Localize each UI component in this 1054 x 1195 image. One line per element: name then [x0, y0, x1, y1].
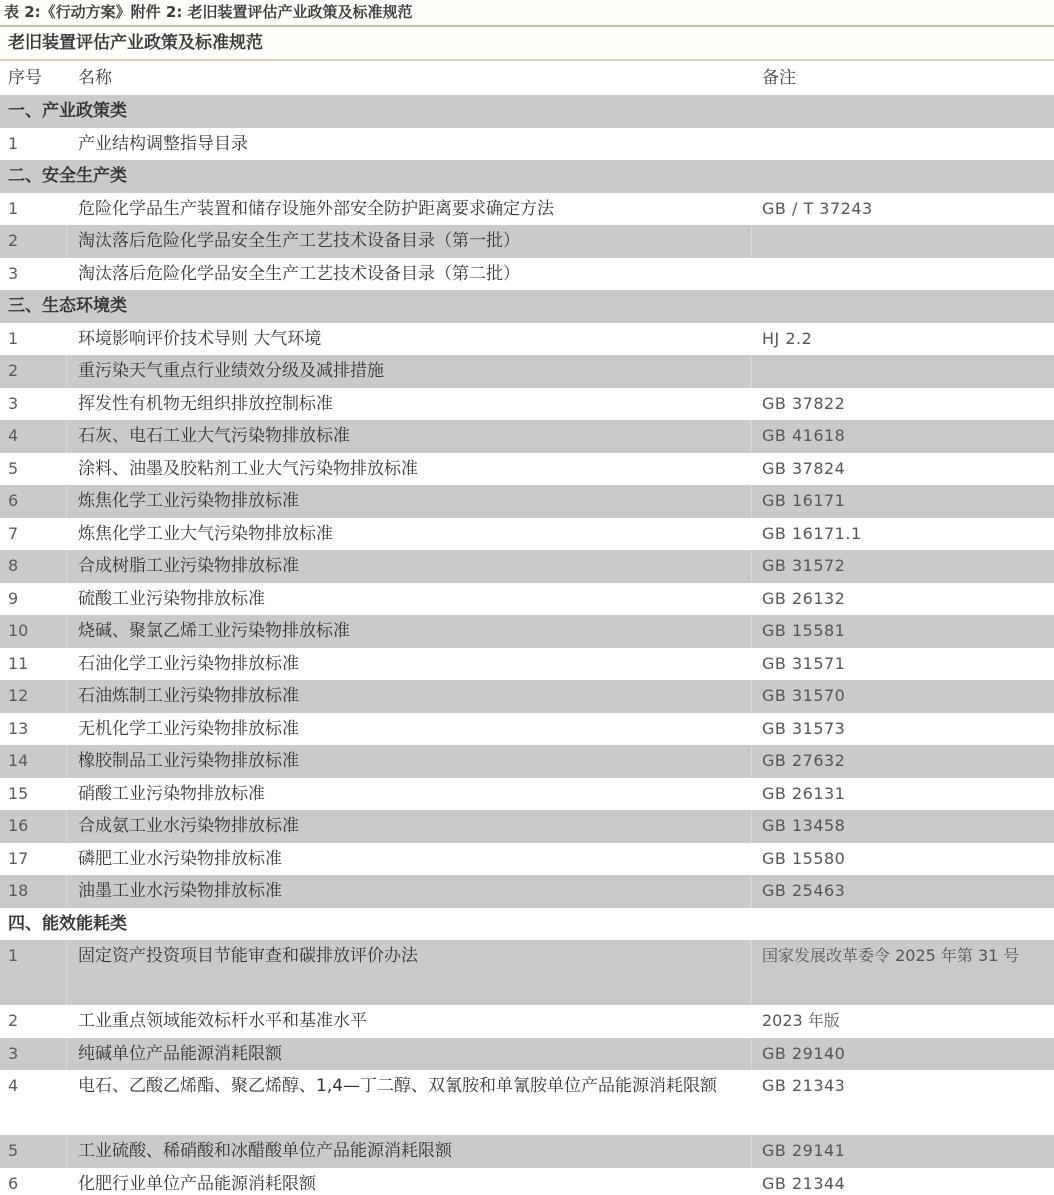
row-name: 工业硫酸、稀硝酸和冰醋酸单位产品能源消耗限额: [67, 1135, 752, 1168]
header-name: 名称: [67, 61, 752, 95]
table-row: 14 橡胶制品工业污染物排放标准 GB 27632: [0, 745, 1054, 778]
row-name: 涂料、油墨及胶粘剂工业大气污染物排放标准: [67, 453, 752, 486]
row-note: HJ 2.2: [752, 323, 1054, 356]
header-no: 序号: [0, 61, 67, 95]
row-note: 国家发展改革委令 2025 年第 31 号: [752, 940, 1054, 1005]
row-no: 17: [0, 843, 67, 876]
row-no: 15: [0, 778, 67, 811]
section-energy-efficiency: 四、能效能耗类: [0, 908, 1054, 941]
row-name: 硫酸工业污染物排放标准: [67, 583, 752, 616]
row-note: GB 31570: [752, 680, 1054, 713]
row-name: 合成树脂工业污染物排放标准: [67, 550, 752, 583]
table-header: 序号 名称 备注: [0, 61, 1054, 95]
row-name: 淘汰落后危险化学品安全生产工艺技术设备目录（第二批）: [67, 258, 752, 291]
row-note: [752, 128, 1054, 161]
row-name: 固定资产投资项目节能审查和碳排放评价办法: [67, 940, 752, 1005]
table-row: 2 淘汰落后危险化学品安全生产工艺技术设备目录（第一批）: [0, 225, 1054, 258]
table-row: 9 硫酸工业污染物排放标准 GB 26132: [0, 583, 1054, 616]
row-no: 4: [0, 420, 67, 453]
table-row: 7 炼焦化学工业大气污染物排放标准 GB 16171.1: [0, 518, 1054, 551]
row-no: 6: [0, 1168, 67, 1195]
header-note: 备注: [752, 61, 1054, 95]
row-name: 磷肥工业水污染物排放标准: [67, 843, 752, 876]
row-note: GB 41618: [752, 420, 1054, 453]
row-note: [752, 225, 1054, 258]
table-caption: 表 2:《行动方案》附件 2: 老旧装置评估产业政策及标准规范: [0, 0, 1054, 25]
row-name: 产业结构调整指导目录: [67, 128, 752, 161]
row-note: GB 21343: [752, 1070, 1054, 1135]
row-note: 2023 年版: [752, 1005, 1054, 1038]
row-note: GB 29140: [752, 1038, 1054, 1071]
row-name: 烧碱、聚氯乙烯工业污染物排放标准: [67, 615, 752, 648]
table-row: 4 电石、乙酸乙烯酯、聚乙烯醇、1,4—丁二醇、双氰胺和单氰胺单位产品能源消耗限…: [0, 1070, 1054, 1135]
row-note: [752, 258, 1054, 291]
row-name: 淘汰落后危险化学品安全生产工艺技术设备目录（第一批）: [67, 225, 752, 258]
standards-table: 序号 名称 备注 一、产业政策类 1 产业结构调整指导目录 二、安全生产类 1 …: [0, 61, 1054, 1195]
table-row: 8 合成树脂工业污染物排放标准 GB 31572: [0, 550, 1054, 583]
row-note: [752, 355, 1054, 388]
row-name: 挥发性有机物无组织排放控制标准: [67, 388, 752, 421]
row-name: 硝酸工业污染物排放标准: [67, 778, 752, 811]
table-row: 1 危险化学品生产装置和储存设施外部安全防护距离要求确定方法 GB / T 37…: [0, 193, 1054, 226]
row-note: GB 15581: [752, 615, 1054, 648]
row-name: 石油化学工业污染物排放标准: [67, 648, 752, 681]
row-no: 8: [0, 550, 67, 583]
row-note: GB 15580: [752, 843, 1054, 876]
table-row: 15 硝酸工业污染物排放标准 GB 26131: [0, 778, 1054, 811]
table-row: 5 涂料、油墨及胶粘剂工业大气污染物排放标准 GB 37824: [0, 453, 1054, 486]
row-name: 重污染天气重点行业绩效分级及减排措施: [67, 355, 752, 388]
row-name: 油墨工业水污染物排放标准: [67, 875, 752, 908]
row-note: GB 31573: [752, 713, 1054, 746]
row-no: 12: [0, 680, 67, 713]
table-row: 3 纯碱单位产品能源消耗限额 GB 29140: [0, 1038, 1054, 1071]
row-no: 1: [0, 128, 67, 161]
row-no: 18: [0, 875, 67, 908]
table-row: 3 挥发性有机物无组织排放控制标准 GB 37822: [0, 388, 1054, 421]
table-row: 2 工业重点领域能效标杆水平和基准水平 2023 年版: [0, 1005, 1054, 1038]
row-note: GB 31572: [752, 550, 1054, 583]
row-note: GB 16171.1: [752, 518, 1054, 551]
row-no: 5: [0, 453, 67, 486]
row-no: 7: [0, 518, 67, 551]
row-name: 石油炼制工业污染物排放标准: [67, 680, 752, 713]
table-title: 老旧装置评估产业政策及标准规范: [0, 25, 1054, 61]
row-no: 14: [0, 745, 67, 778]
row-name: 纯碱单位产品能源消耗限额: [67, 1038, 752, 1071]
table-row: 17 磷肥工业水污染物排放标准 GB 15580: [0, 843, 1054, 876]
table-row: 1 固定资产投资项目节能审查和碳排放评价办法 国家发展改革委令 2025 年第 …: [0, 940, 1054, 1005]
row-name: 炼焦化学工业大气污染物排放标准: [67, 518, 752, 551]
row-name: 电石、乙酸乙烯酯、聚乙烯醇、1,4—丁二醇、双氰胺和单氰胺单位产品能源消耗限额: [67, 1070, 752, 1135]
table-row: 5 工业硫酸、稀硝酸和冰醋酸单位产品能源消耗限额 GB 29141: [0, 1135, 1054, 1168]
row-note: GB 13458: [752, 810, 1054, 843]
row-no: 6: [0, 485, 67, 518]
row-name: 橡胶制品工业污染物排放标准: [67, 745, 752, 778]
row-no: 9: [0, 583, 67, 616]
row-note: GB 27632: [752, 745, 1054, 778]
row-note: GB 37822: [752, 388, 1054, 421]
row-no: 4: [0, 1070, 67, 1135]
row-no: 3: [0, 1038, 67, 1071]
row-no: 16: [0, 810, 67, 843]
row-note: GB 26132: [752, 583, 1054, 616]
table-row: 1 环境影响评价技术导则 大气环境 HJ 2.2: [0, 323, 1054, 356]
row-no: 2: [0, 355, 67, 388]
table-row: 1 产业结构调整指导目录: [0, 128, 1054, 161]
table-row: 3 淘汰落后危险化学品安全生产工艺技术设备目录（第二批）: [0, 258, 1054, 291]
row-note: GB 21344: [752, 1168, 1054, 1195]
row-note: GB / T 37243: [752, 193, 1054, 226]
row-note: GB 29141: [752, 1135, 1054, 1168]
row-note: GB 26131: [752, 778, 1054, 811]
row-name: 环境影响评价技术导则 大气环境: [67, 323, 752, 356]
row-name: 危险化学品生产装置和储存设施外部安全防护距离要求确定方法: [67, 193, 752, 226]
table-row: 16 合成氨工业水污染物排放标准 GB 13458: [0, 810, 1054, 843]
section-safety-production: 二、安全生产类: [0, 160, 1054, 193]
row-name: 合成氨工业水污染物排放标准: [67, 810, 752, 843]
row-no: 1: [0, 323, 67, 356]
row-note: GB 37824: [752, 453, 1054, 486]
row-no: 2: [0, 225, 67, 258]
table-row: 10 烧碱、聚氯乙烯工业污染物排放标准 GB 15581: [0, 615, 1054, 648]
row-no: 5: [0, 1135, 67, 1168]
table-row: 12 石油炼制工业污染物排放标准 GB 31570: [0, 680, 1054, 713]
row-no: 3: [0, 388, 67, 421]
table-row: 6 炼焦化学工业污染物排放标准 GB 16171: [0, 485, 1054, 518]
section-ecological-environment: 三、生态环境类: [0, 290, 1054, 323]
row-name: 炼焦化学工业污染物排放标准: [67, 485, 752, 518]
section-industrial-policy: 一、产业政策类: [0, 95, 1054, 128]
row-no: 10: [0, 615, 67, 648]
table-row: 2 重污染天气重点行业绩效分级及减排措施: [0, 355, 1054, 388]
table-row: 18 油墨工业水污染物排放标准 GB 25463: [0, 875, 1054, 908]
row-note: GB 31571: [752, 648, 1054, 681]
row-no: 1: [0, 193, 67, 226]
table-row: 4 石灰、电石工业大气污染物排放标准 GB 41618: [0, 420, 1054, 453]
row-name: 石灰、电石工业大气污染物排放标准: [67, 420, 752, 453]
table-row: 13 无机化学工业污染物排放标准 GB 31573: [0, 713, 1054, 746]
row-note: GB 16171: [752, 485, 1054, 518]
row-name: 工业重点领域能效标杆水平和基准水平: [67, 1005, 752, 1038]
table-row: 11 石油化学工业污染物排放标准 GB 31571: [0, 648, 1054, 681]
row-note: GB 25463: [752, 875, 1054, 908]
row-no: 13: [0, 713, 67, 746]
row-no: 11: [0, 648, 67, 681]
row-name: 化肥行业单位产品能源消耗限额: [67, 1168, 752, 1195]
row-no: 3: [0, 258, 67, 291]
row-no: 2: [0, 1005, 67, 1038]
table-row: 6 化肥行业单位产品能源消耗限额 GB 21344: [0, 1168, 1054, 1195]
row-no: 1: [0, 940, 67, 1005]
row-name: 无机化学工业污染物排放标准: [67, 713, 752, 746]
